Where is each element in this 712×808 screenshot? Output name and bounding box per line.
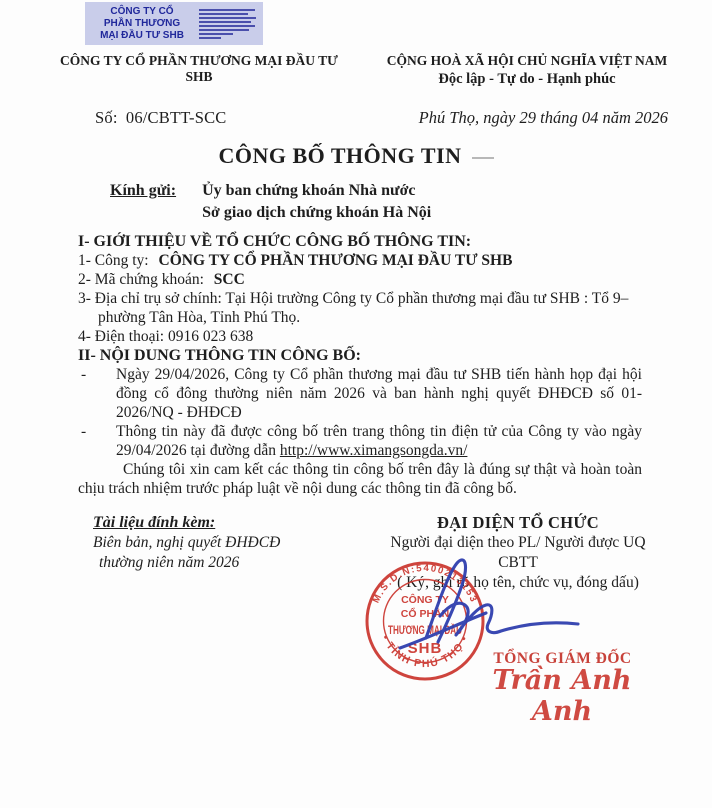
- document-title-row: CÔNG BỐ THÔNG TIN: [0, 143, 712, 169]
- ticker-item-label: 2- Mã chứng khoán:: [78, 271, 204, 288]
- disclosure-bullet-1-text: Ngày 29/04/2026, Công ty Cổ phần thương …: [116, 365, 642, 422]
- number-date-row: Số: 06/CBTT-SCC Phú Thọ, ngày 29 tháng 0…: [0, 88, 712, 128]
- ticker-item: 2- Mã chứng khoán: SCC: [78, 270, 642, 289]
- recipients-list: Ủy ban chứng khoán Nhà nước Sở giao dịch…: [202, 180, 431, 224]
- disclosure-bullet-2-text: Thông tin này đã được công bố trên trang…: [116, 422, 642, 460]
- disclosure-bullet-2: - Thông tin này đã được công bố trên tra…: [78, 422, 642, 460]
- issuer-name: CÔNG TY CỔ PHẦN THƯƠNG MẠI ĐẦU TƯ: [56, 53, 342, 69]
- section2-heading: II- NỘI DUNG THÔNG TIN CÔNG BỐ:: [78, 346, 642, 365]
- phone-item-value: 0916 023 638: [168, 328, 253, 345]
- address-item: 3- Địa chỉ trụ sở chính: Tại Hội trường …: [78, 289, 642, 327]
- company-item: 1- Công ty: CÔNG TY CỔ PHẦN THƯƠNG MẠI Đ…: [78, 251, 642, 270]
- issuer-name-block: CÔNG TY CỔ PHẦN THƯƠNG MẠI ĐẦU TƯ SHB: [56, 53, 342, 88]
- stamp-company-line: MẠI ĐẦU TƯ SHB: [89, 30, 195, 42]
- attachments-block: Tài liệu đính kèm: Biên bản, nghị quyết …: [93, 513, 328, 593]
- recipients-block: Kính gửi: Ủy ban chứng khoán Nhà nước Sở…: [110, 180, 712, 224]
- national-motto-block: CỘNG HOÀ XÃ HỘI CHỦ NGHĨA VIỆT NAM Độc l…: [374, 53, 680, 88]
- section1-heading: I- GIỚI THIỆU VỀ TỔ CHỨC CÔNG BỐ THÔNG T…: [78, 232, 642, 251]
- address-item-label: 3- Địa chỉ trụ sở chính:: [78, 290, 222, 307]
- document-number-value: 06/CBTT-SCC: [126, 108, 227, 127]
- disclosure-bullet-1: - Ngày 29/04/2026, Công ty Cổ phần thươn…: [78, 365, 642, 422]
- signing-title: ĐẠI DIỆN TỔ CHỨC: [358, 513, 678, 533]
- stamp-company-name: CÔNG TY CỔ PHẦN THƯƠNG MẠI ĐẦU TƯ SHB: [89, 6, 195, 42]
- stamp-fine-print: [195, 5, 259, 43]
- scan-artifact-dash: [472, 157, 494, 159]
- attachment-line: Biên bản, nghị quyết ĐHĐCĐ: [93, 533, 328, 553]
- recipients-label: Kính gửi:: [110, 180, 176, 224]
- commitment-paragraph: Chúng tôi xin cam kết các thông tin công…: [78, 460, 642, 498]
- bullet-dash: -: [78, 365, 116, 422]
- footer-row: Tài liệu đính kèm: Biên bản, nghị quyết …: [0, 513, 712, 593]
- recipient-line: Ủy ban chứng khoán Nhà nước: [202, 180, 431, 202]
- issuer-short-name: SHB: [56, 69, 342, 85]
- stamp-company-line: CÔNG TY CỔ: [89, 6, 195, 18]
- national-motto-line1: CỘNG HOÀ XÃ HỘI CHỦ NGHĨA VIỆT NAM: [374, 53, 680, 69]
- document-page: CÔNG TY CỔ PHẦN THƯƠNG MẠI ĐẦU TƯ SHB CÔ…: [0, 0, 712, 808]
- attachment-line: thường niên năm 2026: [93, 553, 328, 573]
- handwritten-signature: [396, 554, 591, 659]
- ticker-item-value: SCC: [214, 271, 245, 288]
- place-and-date: Phú Thọ, ngày 29 tháng 04 năm 2026: [419, 108, 668, 128]
- national-motto-line2: Độc lập - Tự do - Hạnh phúc: [374, 71, 680, 88]
- document-number: Số: 06/CBTT-SCC: [95, 108, 227, 128]
- digital-signature-stamp: CÔNG TY CỔ PHẦN THƯƠNG MẠI ĐẦU TƯ SHB: [85, 2, 263, 45]
- signer-name: Trần Anh Anh: [472, 665, 652, 727]
- attachments-label: Tài liệu đính kèm:: [93, 513, 328, 533]
- document-body: I- GIỚI THIỆU VỀ TỔ CHỨC CÔNG BỐ THÔNG T…: [78, 232, 642, 498]
- document-number-label: Số:: [95, 108, 118, 127]
- bullet-dash: -: [78, 422, 116, 460]
- phone-item-label: 4- Điện thoại:: [78, 328, 164, 345]
- document-title: CÔNG BỐ THÔNG TIN: [218, 143, 461, 168]
- recipient-line: Sở giao dịch chứng khoán Hà Nội: [202, 202, 431, 224]
- company-item-label: 1- Công ty:: [78, 252, 149, 269]
- company-item-value: CÔNG TY CỔ PHẦN THƯƠNG MẠI ĐẦU TƯ SHB: [159, 252, 513, 269]
- phone-item: 4- Điện thoại: 0916 023 638: [78, 327, 642, 346]
- disclosure-url-link[interactable]: http://www.ximangsongda.vn/: [280, 442, 468, 459]
- stamp-company-line: PHẦN THƯƠNG: [89, 18, 195, 30]
- signing-representative-line: Người đại diện theo PL/ Người được UQ: [358, 533, 678, 553]
